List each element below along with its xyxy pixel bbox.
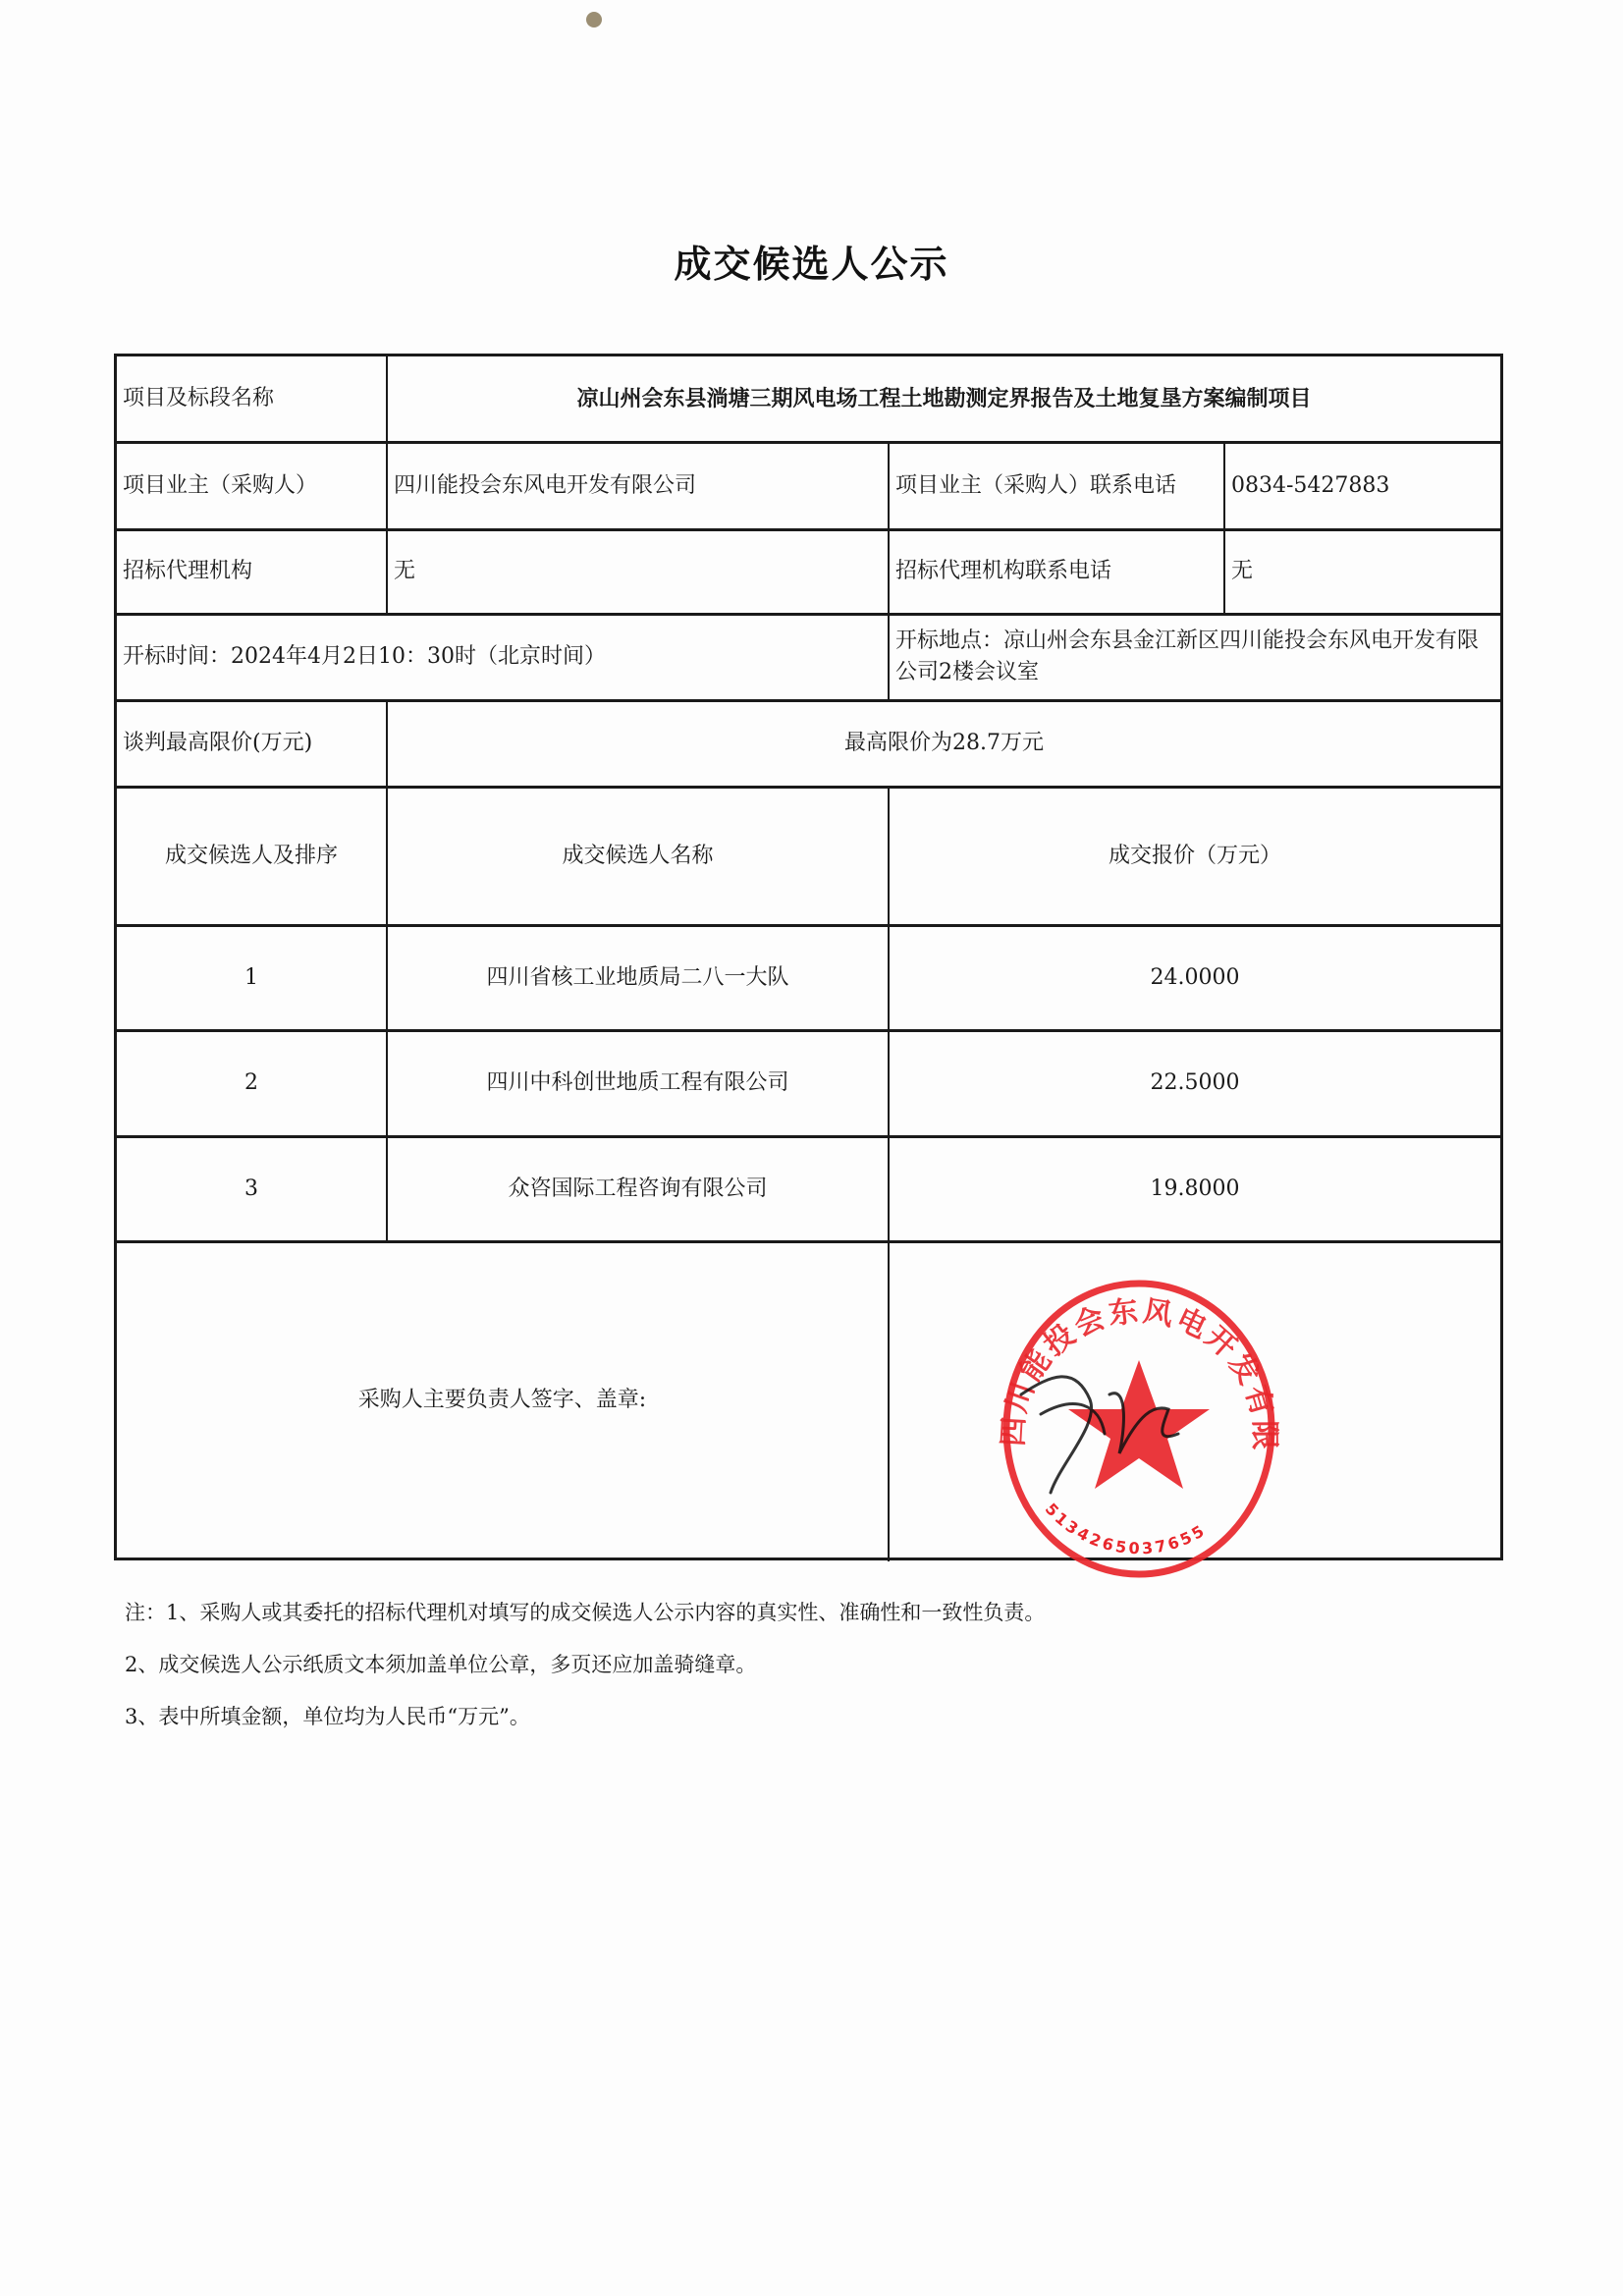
candidate-price: 22.5000 [890,1031,1500,1135]
owner-phone-label: 项目业主（采购人）联系电话 [890,443,1223,528]
max-price-label: 谈判最高限价(万元) [117,701,386,786]
agency-phone-label: 招标代理机构联系电话 [890,530,1223,613]
candidate-name: 四川中科创世地质工程有限公司 [388,1031,888,1135]
candidate-name: 众咨国际工程咨询有限公司 [388,1137,888,1240]
owner-label: 项目业主（采购人） [117,443,386,528]
candidate-price: 19.8000 [890,1137,1500,1240]
signature-label: 采购人主要负责人签字、盖章: [117,1242,888,1558]
official-seal-icon: 四川能投会东风电开发有限公司 5134265037655 [982,1267,1296,1581]
agency-value: 无 [388,530,888,613]
notes: 注：1、采购人或其委托的招标代理机对填写的成交候选人公示内容的真实性、准确性和一… [125,1587,1045,1743]
candidate-rank: 1 [117,926,386,1029]
candidate-rank: 2 [117,1031,386,1135]
header-price: 成交报价（万元） [890,788,1500,924]
page-title: 成交候选人公示 [0,234,1623,288]
note-item: 2、成交候选人公示纸质文本须加盖单位公章，多页还应加盖骑缝章。 [125,1639,1045,1691]
header-rank: 成交候选人及排序 [117,788,386,924]
header-name: 成交候选人名称 [388,788,888,924]
owner-phone-value: 0834-5427883 [1225,443,1500,528]
open-time: 开标时间：2024年4月2日10：30时（北京时间） [117,615,888,699]
candidate-price: 24.0000 [890,926,1500,1029]
paper-speck [586,12,602,27]
project-label: 项目及标段名称 [117,356,386,441]
owner-value: 四川能投会东风电开发有限公司 [388,443,888,528]
project-name: 凉山州会东县淌塘三期风电场工程土地勘测定界报告及土地复垦方案编制项目 [388,356,1500,441]
candidate-rank: 3 [117,1137,386,1240]
agency-label: 招标代理机构 [117,530,386,613]
note-item: 3、表中所填金额，单位均为人民币“万元”。 [125,1691,1045,1743]
open-place: 开标地点：凉山州会东县金江新区四川能投会东风电开发有限公司2楼会议室 [890,615,1498,699]
max-price-value: 最高限价为28.7万元 [388,701,1500,786]
note-item: 注：1、采购人或其委托的招标代理机对填写的成交候选人公示内容的真实性、准确性和一… [125,1587,1045,1639]
candidate-name: 四川省核工业地质局二八一大队 [388,926,888,1029]
agency-phone-value: 无 [1225,530,1500,613]
